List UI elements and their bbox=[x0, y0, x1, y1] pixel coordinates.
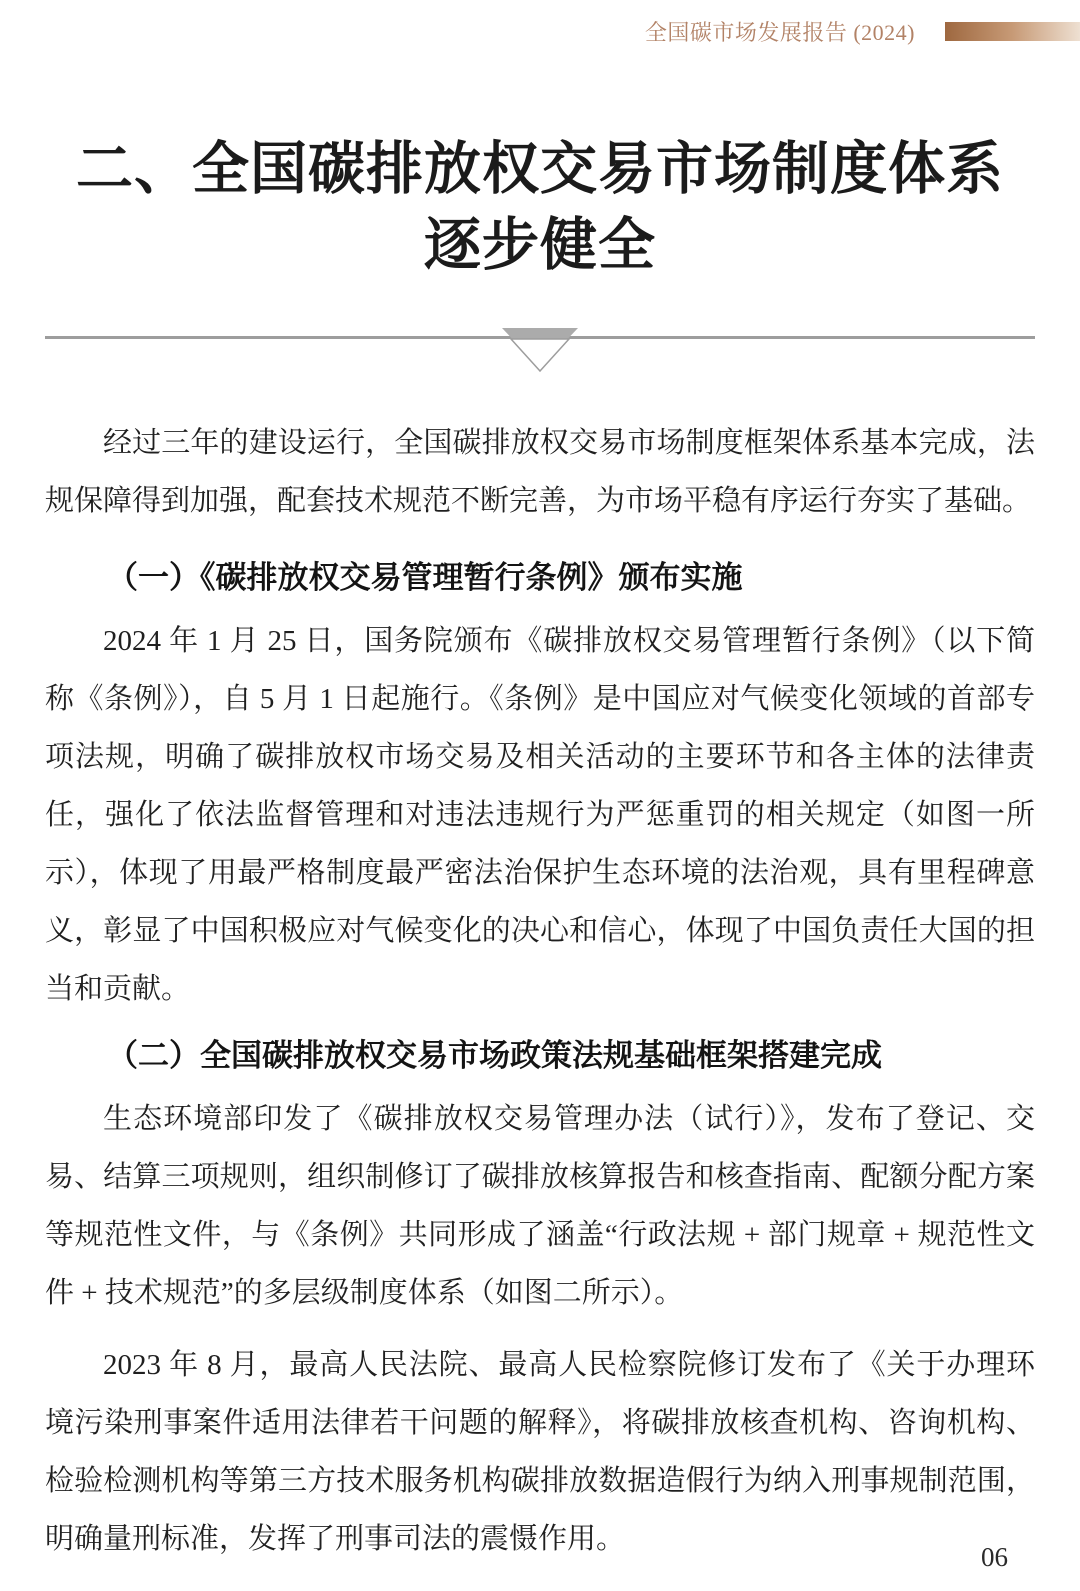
section-2-paragraph-2: 2023 年 8 月，最高人民法院、最高人民检察院修订发布了《关于办理环境污染刑… bbox=[45, 1336, 1035, 1568]
section-2-paragraph-1: 生态环境部印发了《碳排放权交易管理办法（试行）》，发布了登记、交易、结算三项规则… bbox=[45, 1090, 1035, 1322]
chapter-title: 二、全国碳排放权交易市场制度体系 逐步健全 bbox=[45, 132, 1035, 284]
header-gradient-bar bbox=[945, 22, 1080, 41]
section-2-heading: （二）全国碳排放权交易市场政策法规基础框架搭建完成 bbox=[45, 1034, 1035, 1078]
section-1-heading: （一）《碳排放权交易管理暂行条例》颁布实施 bbox=[45, 556, 1035, 600]
chapter-title-line-1: 二、全国碳排放权交易市场制度体系 bbox=[45, 132, 1035, 208]
chapter-title-line-2: 逐步健全 bbox=[45, 208, 1035, 284]
document-page: 全国碳市场发展报告 (2024) 二、全国碳排放权交易市场制度体系 逐步健全 经… bbox=[0, 0, 1080, 1591]
triangle-down-icon bbox=[498, 328, 582, 374]
page-header: 全国碳市场发展报告 (2024) bbox=[45, 0, 1080, 44]
section-1-paragraph: 2024 年 1 月 25 日，国务院颁布《碳排放权交易管理暂行条例》（以下简称… bbox=[45, 612, 1035, 1018]
page-number: 06 bbox=[981, 1542, 1008, 1573]
section-divider bbox=[45, 328, 1035, 374]
report-header-title: 全国碳市场发展报告 (2024) bbox=[645, 16, 915, 47]
intro-paragraph: 经过三年的建设运行，全国碳排放权交易市场制度框架体系基本完成，法规保障得到加强，… bbox=[45, 414, 1035, 530]
